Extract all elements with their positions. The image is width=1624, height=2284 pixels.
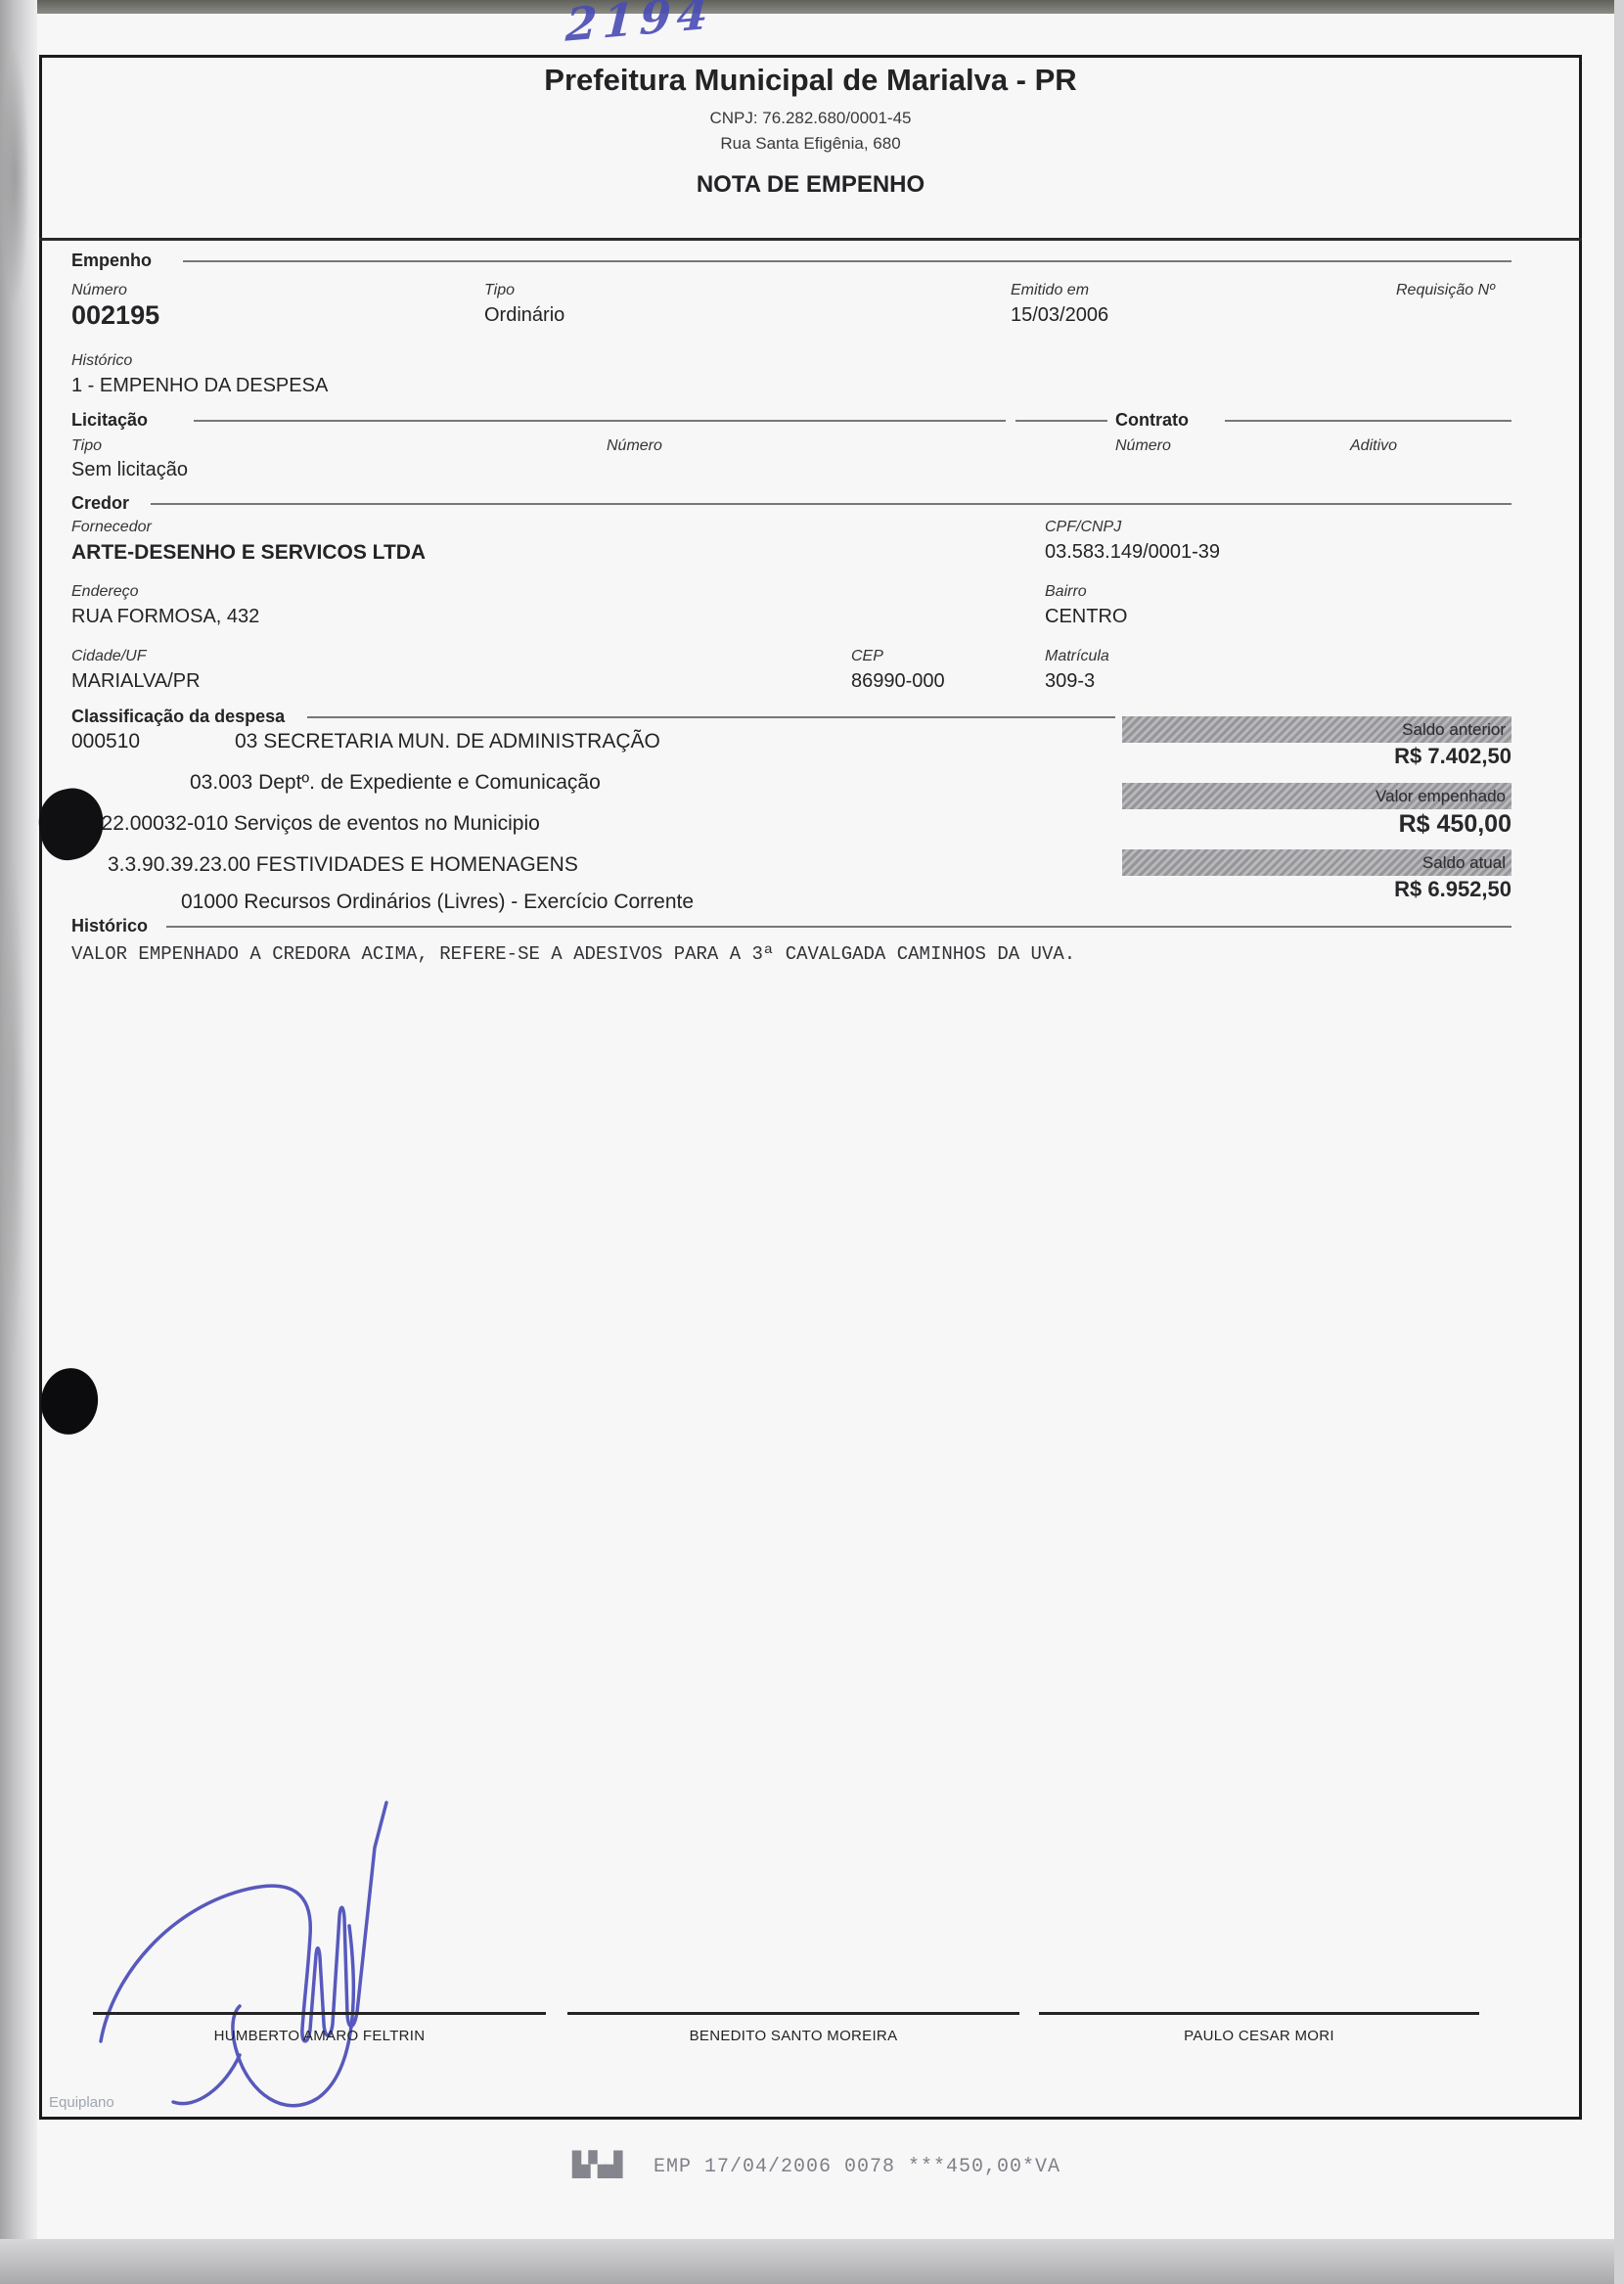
signature-line: [567, 2012, 1019, 2015]
handwritten-signature: [83, 1789, 474, 2112]
signature-line: [1039, 2012, 1479, 2015]
classificacao-row: .122.00032-010 Serviços de eventos no Mu…: [84, 812, 540, 836]
contrato-aditivo-label: Aditivo: [1350, 437, 1397, 455]
signature-line: [93, 2012, 546, 2015]
licitacao-tipo-value: Sem licitação: [71, 459, 188, 481]
header-cnpj: CNPJ: 76.282.680/0001-45: [39, 109, 1582, 128]
stamp-logo-icon: ▙▚▟: [572, 2151, 620, 2179]
credor-matricula-value: 309-3: [1045, 670, 1095, 693]
classificacao-row: 01000 Recursos Ordinários (Livres) - Exe…: [181, 891, 694, 914]
section-historico-rule: [166, 926, 1511, 928]
credor-cep-value: 86990-000: [851, 670, 945, 693]
classificacao-row: 3.3.90.39.23.00 FESTIVIDADES E HOMENAGEN…: [108, 853, 578, 877]
section-licitacao-rule: [194, 420, 1006, 422]
scan-edge-top: [0, 0, 1624, 14]
section-credor-label: Credor: [71, 493, 129, 514]
credor-cidade-label: Cidade/UF: [71, 648, 146, 665]
section-empenho-rule: [183, 260, 1511, 262]
scan-edge-bottom: [0, 2239, 1624, 2284]
credor-cidade-value: MARIALVA/PR: [71, 670, 201, 693]
saldo-anterior-band: Saldo anterior: [1122, 716, 1511, 743]
saldo-anterior-value: R$ 7.402,50: [1122, 744, 1511, 769]
empenho-numero-label: Número: [71, 282, 127, 299]
credor-fornecedor-value: ARTE-DESENHO E SERVICOS LTDA: [71, 541, 426, 565]
section-contrato-label: Contrato: [1115, 410, 1189, 431]
signature-name: BENEDITO SANTO MOREIRA: [567, 2028, 1019, 2044]
credor-endereco-value: RUA FORMOSA, 432: [71, 606, 259, 628]
credor-fornecedor-label: Fornecedor: [71, 519, 152, 536]
empenho-tipo-value: Ordinário: [484, 304, 564, 327]
valor-empenhado-band: Valor empenhado: [1122, 783, 1511, 809]
stamp-text: EMP 17/04/2006 0078 ***450,00*VA: [654, 2156, 1060, 2178]
credor-cep-label: CEP: [851, 648, 883, 665]
empenho-numero-value: 002195: [71, 300, 159, 331]
document-title: Prefeitura Municipal de Marialva - PR: [39, 63, 1582, 98]
section-licitacao-label: Licitação: [71, 410, 148, 431]
credor-cpf-label: CPF/CNPJ: [1045, 519, 1121, 536]
document-type-title: NOTA DE EMPENHO: [39, 171, 1582, 199]
empenho-historico-label: Histórico: [71, 352, 132, 370]
section-credor-rule: [151, 503, 1511, 505]
signature-name: HUMBERTO AMARO FELTRIN: [93, 2028, 546, 2044]
credor-bairro-value: CENTRO: [1045, 606, 1127, 628]
saldo-atual-value: R$ 6.952,50: [1122, 877, 1511, 902]
classificacao-row: 03.003 Deptº. de Expediente e Comunicaçã…: [190, 771, 601, 795]
empenho-historico-value: 1 - EMPENHO DA DESPESA: [71, 375, 328, 397]
empenho-emitido-value: 15/03/2006: [1011, 304, 1108, 327]
valor-empenhado-value: R$ 450,00: [1122, 810, 1511, 839]
empenho-emitido-label: Emitido em: [1011, 282, 1089, 299]
contrato-numero-label: Número: [1115, 437, 1171, 455]
scan-edge-right: [1614, 0, 1624, 2284]
section-historico-label: Histórico: [71, 916, 148, 936]
licitacao-numero-label: Número: [607, 437, 662, 455]
handwritten-number: 2194: [564, 0, 715, 52]
section-classificacao-rule: [307, 716, 1115, 718]
section-empenho-label: Empenho: [71, 251, 152, 271]
credor-matricula-label: Matrícula: [1045, 648, 1109, 665]
credor-endereco-label: Endereço: [71, 583, 139, 601]
scanned-document: 2194 Prefeitura Municipal de Marialva - …: [0, 0, 1624, 2284]
credor-bairro-label: Bairro: [1045, 583, 1087, 601]
signature-name: PAULO CESAR MORI: [1039, 2028, 1479, 2044]
section-contrato-rule-left: [1015, 420, 1107, 422]
empenho-tipo-label: Tipo: [484, 282, 515, 299]
header-separator: [39, 238, 1582, 241]
saldo-atual-band: Saldo atual: [1122, 849, 1511, 876]
section-classificacao-label: Classificação da despesa: [71, 707, 285, 727]
classificacao-row-code: 000510: [71, 730, 140, 754]
empenho-requisicao-label: Requisição Nº: [1396, 282, 1495, 299]
scan-edge-left: [0, 0, 37, 2284]
header-address: Rua Santa Efigênia, 680: [39, 134, 1582, 154]
licitacao-tipo-label: Tipo: [71, 437, 102, 455]
historico-text: VALOR EMPENHADO A CREDORA ACIMA, REFERE-…: [71, 943, 1075, 965]
credor-cpf-value: 03.583.149/0001-39: [1045, 541, 1220, 564]
classificacao-row-desc: 03 SECRETARIA MUN. DE ADMINISTRAÇÃO: [235, 730, 660, 754]
section-contrato-rule-right: [1225, 420, 1511, 422]
vendor-watermark: Equiplano: [49, 2094, 114, 2111]
